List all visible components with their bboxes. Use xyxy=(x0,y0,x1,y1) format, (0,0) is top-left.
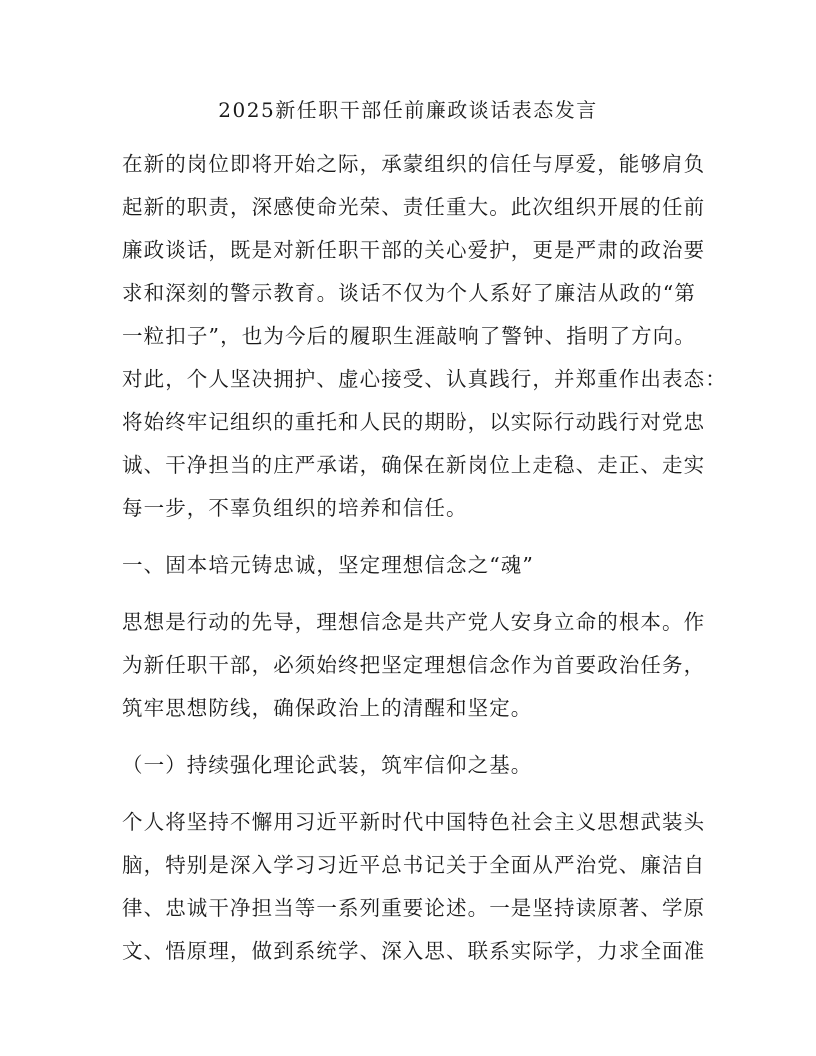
paragraph-intro-line: 将始终牢记组织的重托和人民的期盼，以实际行动践行对党忠 xyxy=(122,408,696,436)
paragraph-subsection-line: 文、悟原理，做到系统学、深入思、联系实际学，力求全面准 xyxy=(122,937,696,965)
paragraph-intro-line: 廉政谈话，既是对新任职干部的关心爱护，更是严肃的政治要 xyxy=(122,236,696,264)
paragraph-section1-line: 筑牢思想防线，确保政治上的清醒和坚定。 xyxy=(122,694,696,722)
paragraph-intro-line: 求和深刻的警示教育。谈话不仅为个人系好了廉洁从政的“第 xyxy=(122,279,696,307)
paragraph-intro-line: 在新的岗位即将开始之际，承蒙组织的信任与厚爱，能够肩负 xyxy=(122,150,696,178)
paragraph-subsection-line: 脑，特别是深入学习习近平总书记关于全面从严治党、廉洁自 xyxy=(122,851,696,879)
paragraph-section1-line: 思想是行动的先导，理想信念是共产党人安身立命的根本。作 xyxy=(122,608,696,636)
paragraph-intro-line: 诚、干净担当的庄严承诺，确保在新岗位上走稳、走正、走实 xyxy=(122,451,696,479)
paragraph-intro-line: 一粒扣子”，也为今后的履职生涯敲响了警钟、指明了方向。 xyxy=(122,322,696,350)
paragraph-intro-line: 对此，个人坚决拥护、虚心接受、认真践行，并郑重作出表态： xyxy=(122,365,696,393)
document-title: 2025新任职干部任前廉政谈话表态发言 xyxy=(0,96,816,124)
document-page: 2025新任职干部任前廉政谈话表态发言 在新的岗位即将开始之际，承蒙组织的信任与… xyxy=(0,0,816,1056)
paragraph-subsection-line: 个人将坚持不懈用习近平新时代中国特色社会主义思想武装头 xyxy=(122,808,696,836)
paragraph-subsection-line: 律、忠诚干净担当等一系列重要论述。一是坚持读原著、学原 xyxy=(122,894,696,922)
subsection-heading-1-1: （一）持续强化理论武装，筑牢信仰之基。 xyxy=(122,751,696,779)
paragraph-intro-line: 每一步，不辜负组织的培养和信任。 xyxy=(122,494,696,522)
paragraph-intro-line: 起新的职责，深感使命光荣、责任重大。此次组织开展的任前 xyxy=(122,193,696,221)
section-heading-1: 一、固本培元铸忠诚，坚定理想信念之“魂” xyxy=(122,551,696,579)
paragraph-section1-line: 为新任职干部，必须始终把坚定理想信念作为首要政治任务， xyxy=(122,651,696,679)
